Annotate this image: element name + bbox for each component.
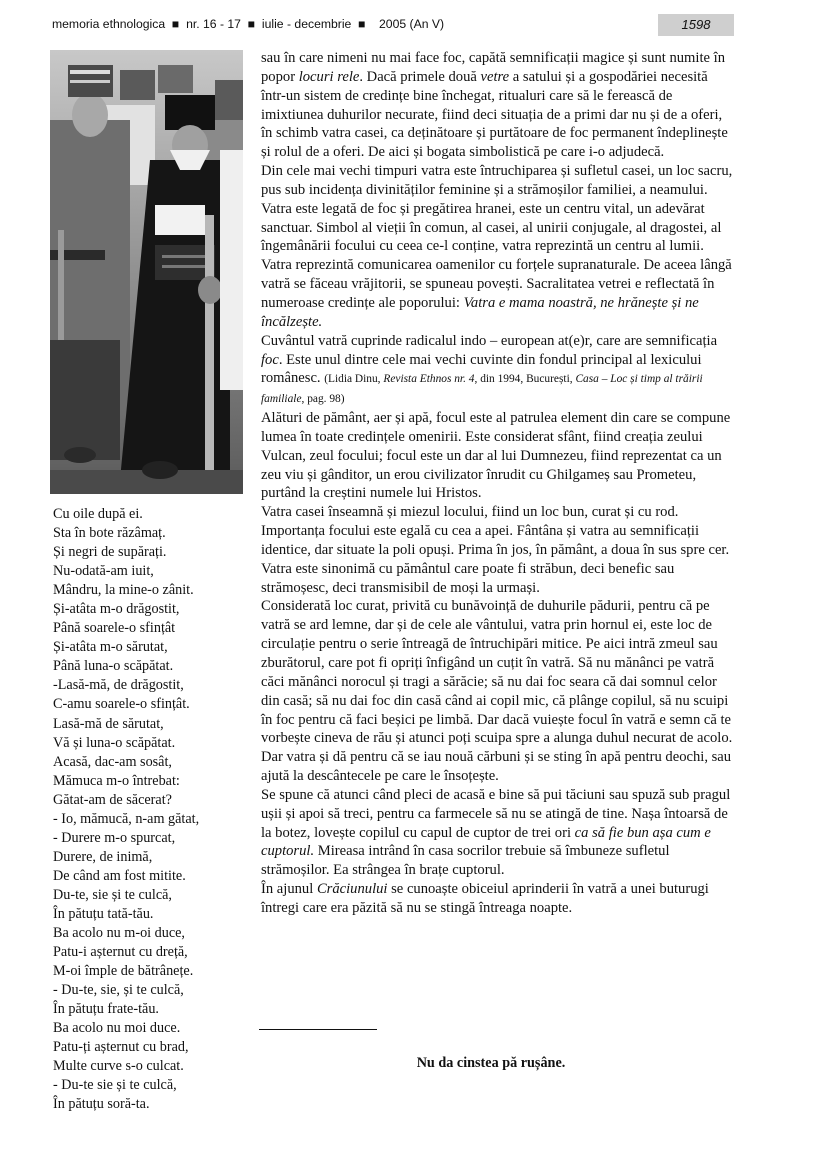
text-run: Cuvântul vatră cuprinde radicalul indo –… xyxy=(261,333,717,349)
paragraph: Se spune că atunci când pleci de acasă e… xyxy=(261,786,736,880)
italic-term: foc xyxy=(261,352,279,368)
citation-text: (Lidia Dinu, xyxy=(324,373,383,385)
text-run: În ajunul xyxy=(261,881,317,897)
paragraph: Cuvântul vatră cuprinde radicalul indo –… xyxy=(261,332,736,409)
paragraph: Considerată loc curat, privită cu bunăvo… xyxy=(261,597,736,785)
poem-line: - Du-te sie și te culcă, xyxy=(53,1076,253,1095)
paragraph: Din cele mai vechi timpuri vatra este în… xyxy=(261,162,736,256)
poem-line: De când am fost mitite. xyxy=(53,867,253,886)
paragraph: Vatra casei înseamnă și miezul locului, … xyxy=(261,503,736,560)
poem-line: C-amu soarele-o sfințât. xyxy=(53,695,253,714)
poem-line: Mămuca m-o întrebat: xyxy=(53,772,253,791)
citation: (Lidia Dinu, Revista Ethnos nr. 4, din 1… xyxy=(261,373,703,405)
poem-line: Du-te, sie și te culcă, xyxy=(53,886,253,905)
issue-number: nr. 16 - 17 xyxy=(186,17,241,31)
poem-line: Mândru, la mine-o zânit. xyxy=(53,581,253,600)
poem-line: În pătuțu soră-ta. xyxy=(53,1095,253,1114)
text-run: . Dacă primele două xyxy=(359,69,480,85)
poem-line: M-oi împle de bătrânețe. xyxy=(53,962,253,981)
paragraph: Vatra reprezintă comunicarea oamenilor c… xyxy=(261,256,736,331)
poem-line: - Io, mămucă, n-am gătat, xyxy=(53,810,253,829)
poem-line: Până soarele-o sfințât xyxy=(53,619,253,638)
costume-photo xyxy=(50,50,243,494)
footnote-divider xyxy=(259,1029,377,1030)
separator-icon: ■ xyxy=(358,17,365,31)
paragraph: Alături de pământ, aer și apă, focul est… xyxy=(261,409,736,503)
poem-line: Și negri de supărați. xyxy=(53,543,253,562)
poem-line: -Lasă-mă, de drăgostit, xyxy=(53,676,253,695)
paragraph: sau în care nimeni nu mai face foc, capă… xyxy=(261,49,736,162)
poem-line: Lasă-mă de sărutat, xyxy=(53,715,253,734)
poem-line: În pătuțu tată-tău. xyxy=(53,905,253,924)
article-body: sau în care nimeni nu mai face foc, capă… xyxy=(261,49,736,918)
poem-line: Acasă, dac-am sosât, xyxy=(53,753,253,772)
paragraph: În ajunul Crăciunului se cunoaște obicei… xyxy=(261,880,736,918)
paragraph: Vatra este sinonimă cu pământul care poa… xyxy=(261,560,736,598)
poem-line: Gătat-am de săcerat? xyxy=(53,791,253,810)
issue-period: iulie - decembrie xyxy=(262,17,351,31)
separator-icon: ■ xyxy=(248,17,255,31)
poem-line: Durere, de inimă, xyxy=(53,848,253,867)
issue-year: 2005 (An V) xyxy=(379,17,444,31)
citation-text: , din 1994, București, xyxy=(475,373,576,385)
running-header: memoria ethnologica ■ nr. 16 - 17 ■ iuli… xyxy=(52,14,732,36)
citation-text: , pag. 98) xyxy=(302,393,345,405)
poem-line: Multe curve s-o culcat. xyxy=(53,1057,253,1076)
poem-line: Cu oile după ei. xyxy=(53,505,253,524)
poem-line: Patu-ți așternut cu brad, xyxy=(53,1038,253,1057)
poem-line: Până luna-o scăpătat. xyxy=(53,657,253,676)
journal-name: memoria ethnologica xyxy=(52,17,165,31)
poem-line: Ba acolo nu moi duce. xyxy=(53,1019,253,1038)
poem-line: - Du-te, sie, și te culcă, xyxy=(53,981,253,1000)
italic-term: vetre xyxy=(481,69,510,85)
poem-line: În pătuțu frate-tău. xyxy=(53,1000,253,1019)
separator-icon: ■ xyxy=(172,17,179,31)
poem-line: Patu-i așternut cu dreță, xyxy=(53,943,253,962)
journal-header-text: memoria ethnologica ■ nr. 16 - 17 ■ iuli… xyxy=(52,17,444,31)
text-run: Mireasa intrând în casa socrilor trebuie… xyxy=(261,843,670,878)
italic-term: Crăciunului xyxy=(317,881,388,897)
poem-line: - Durere m-o spurcat, xyxy=(53,829,253,848)
citation-source: Revista Ethnos nr. 4 xyxy=(383,373,474,385)
section-caption: Nu da cinstea pă rușâne. xyxy=(261,1055,721,1072)
poem-line: Ba acolo nu m-oi duce, xyxy=(53,924,253,943)
poem-line: Și-atâta m-o drăgostit, xyxy=(53,600,253,619)
poem-line: Sta în bote răzâmaț. xyxy=(53,524,253,543)
page-number: 1598 xyxy=(658,14,734,36)
poem-line: Și-atâta m-o sărutat, xyxy=(53,638,253,657)
poem: Cu oile după ei. Sta în bote răzâmaț. Și… xyxy=(53,505,253,1115)
poem-line: Nu-odată-am iuit, xyxy=(53,562,253,581)
italic-term: locuri rele xyxy=(299,69,360,85)
poem-line: Vă și luna-o scăpătat. xyxy=(53,734,253,753)
